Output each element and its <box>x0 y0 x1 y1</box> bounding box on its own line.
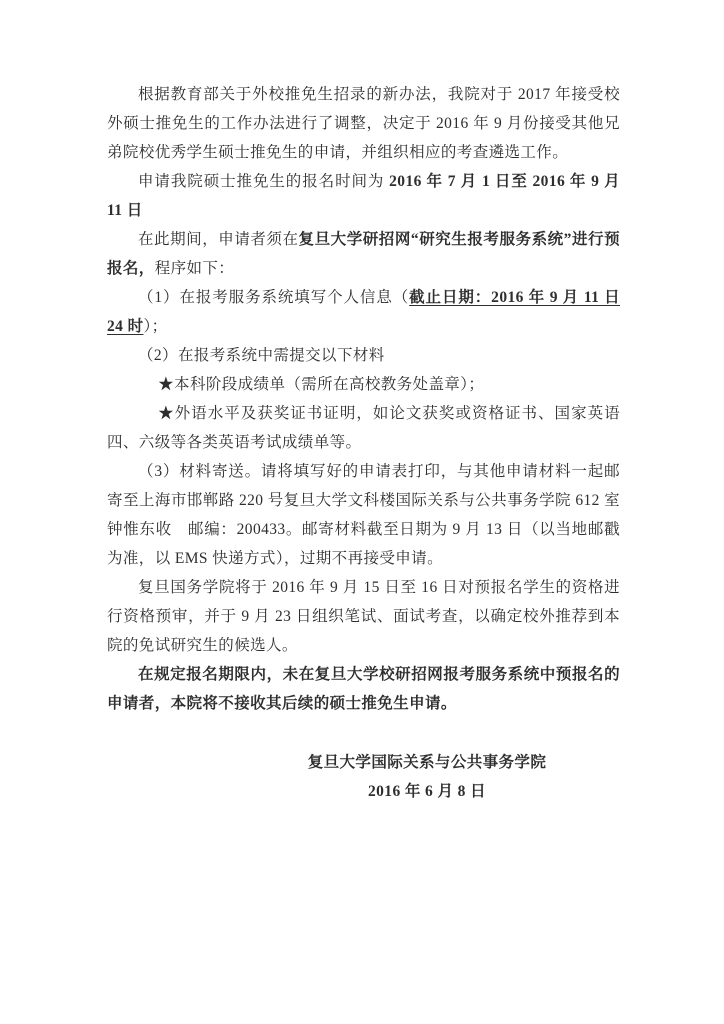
text-run: ）； <box>143 318 167 335</box>
signature-block: 复旦大学国际关系与公共事务学院 2016 年 6 月 8 日 <box>287 748 567 806</box>
star-item-transcript: ★本科阶段成绩单（需所在高校教务处盖章）； <box>107 370 620 399</box>
paragraph-policy-intro: 根据教育部关于外校推免生招录的新办法，我院对于 2017 年接受校外硕士推免生的… <box>107 80 620 167</box>
paragraph-warning-bold: 在规定报名期限内，未在复旦大学校研招网报考服务系统中预报名的申请者，本院将不接收… <box>107 660 620 718</box>
signature-organization: 复旦大学国际关系与公共事务学院 <box>287 748 567 777</box>
text-run: 程序如下： <box>155 260 235 277</box>
paragraph-registration-period: 申请我院硕士推免生的报名时间为 2016 年 7 月 1 日至 2016 年 9… <box>107 167 620 225</box>
notice-content: 根据教育部关于外校推免生招录的新办法，我院对于 2017 年接受校外硕士推免生的… <box>107 80 620 806</box>
document-page: 根据教育部关于外校推免生招录的新办法，我院对于 2017 年接受校外硕士推免生的… <box>0 0 724 1024</box>
text-run: （1）在报考服务系统填写个人信息（ <box>138 289 409 306</box>
list-item-2-materials: （2）在报考系统中需提交以下材料 <box>107 341 620 370</box>
list-item-1-personal-info: （1）在报考服务系统填写个人信息（截止日期：2016 年 9 月 11 日 24… <box>107 283 620 341</box>
text-run: 申请我院硕士推免生的报名时间为 <box>138 173 389 190</box>
paragraph-review-schedule: 复旦国务学院将于 2016 年 9 月 15 日至 16 日对预报名学生的资格进… <box>107 573 620 660</box>
signature-date: 2016 年 6 月 8 日 <box>287 777 567 806</box>
paragraph-prereg-system: 在此期间，申请者须在复旦大学研招网“研究生报考服务系统”进行预报名，程序如下： <box>107 225 620 283</box>
text-run: 在此期间，申请者须在 <box>138 231 299 248</box>
list-item-3-mailing: （3）材料寄送。请将填写好的申请表打印，与其他申请材料一起邮寄至上海市邯郸路 2… <box>107 457 620 573</box>
star-item-certificates: ★外语水平及获奖证书证明，如论文获奖或资格证书、国家英语四、六级等各类英语考试成… <box>107 399 620 457</box>
